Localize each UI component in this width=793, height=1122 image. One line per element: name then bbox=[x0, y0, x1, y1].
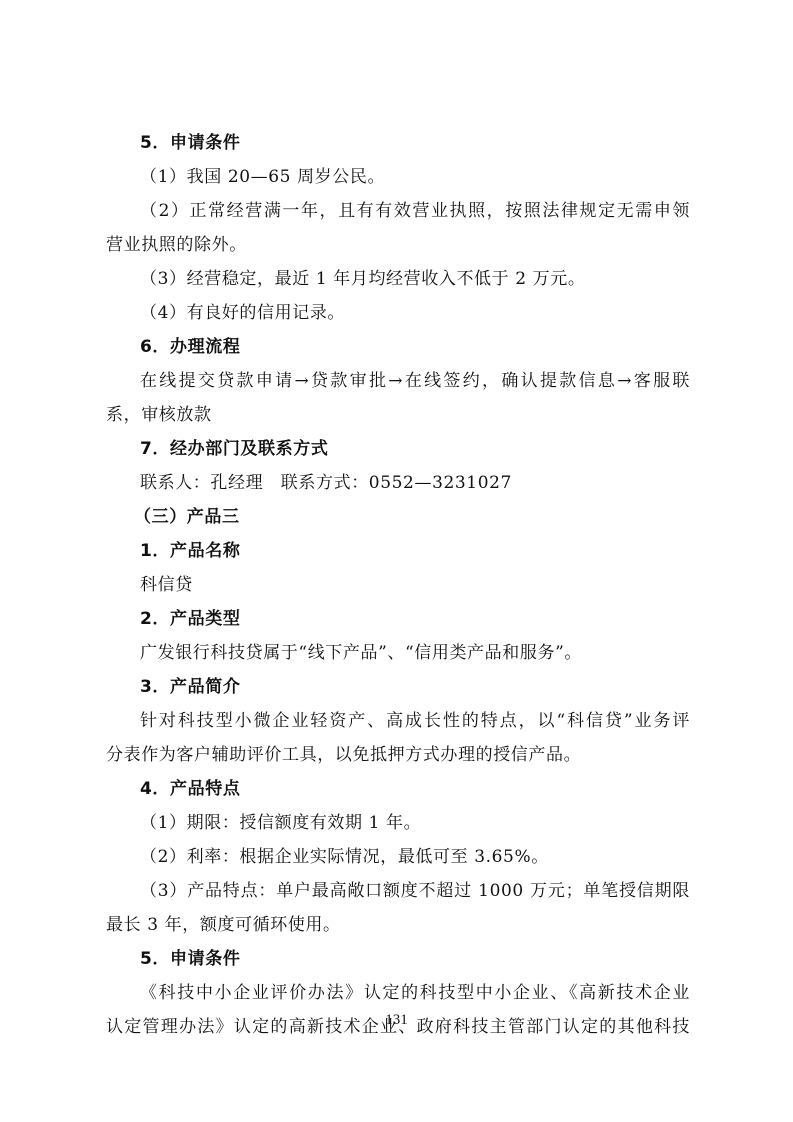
feature-item-3: （3）产品特点：单户最高敞口额度不超过 1000 万元；单笔授信期限 bbox=[106, 874, 690, 908]
contact-text: 联系人：孔经理 联系方式：0552—3231027 bbox=[106, 466, 690, 500]
feature-item-3-cont: 最长 3 年，额度可循环使用。 bbox=[106, 908, 690, 942]
document-page: 5．申请条件 （1）我国 20—65 周岁公民。 （2）正常经营满一年，且有有效… bbox=[106, 126, 690, 1044]
product-intro-text: 针对科技型小微企业轻资产、高成长性的特点，以“科信贷”业务评 bbox=[106, 704, 690, 738]
process-text-cont: 系，审核放款 bbox=[106, 398, 690, 432]
heading-contact: 7．经办部门及联系方式 bbox=[106, 432, 690, 466]
product-name-text: 科信贷 bbox=[106, 568, 690, 602]
heading-product-features: 4．产品特点 bbox=[106, 772, 690, 806]
condition-item-4: （4）有良好的信用记录。 bbox=[106, 296, 690, 330]
feature-item-1: （1）期限：授信额度有效期 1 年。 bbox=[106, 806, 690, 840]
heading-application-conditions: 5．申请条件 bbox=[106, 126, 690, 160]
page-number: 131 bbox=[0, 1012, 793, 1029]
condition-item-3: （3）经营稳定，最近 1 年月均经营收入不低于 2 万元。 bbox=[106, 262, 690, 296]
condition-item-2: （2）正常经营满一年，且有有效营业执照，按照法律规定无需申领 bbox=[106, 194, 690, 228]
heading-process: 6．办理流程 bbox=[106, 330, 690, 364]
heading-product-three: （三）产品三 bbox=[106, 500, 690, 534]
product-type-text: 广发银行科技贷属于“线下产品”、“信用类产品和服务”。 bbox=[106, 636, 690, 670]
process-text: 在线提交贷款申请→贷款审批→在线签约，确认提款信息→客服联 bbox=[106, 364, 690, 398]
heading-product-intro: 3．产品简介 bbox=[106, 670, 690, 704]
feature-item-2: （2）利率：根据企业实际情况，最低可至 3.65%。 bbox=[106, 840, 690, 874]
conditions-text: 《科技中小企业评价办法》认定的科技型中小企业、《高新技术企业 bbox=[106, 976, 690, 1010]
heading-application-conditions-2: 5．申请条件 bbox=[106, 942, 690, 976]
heading-product-type: 2．产品类型 bbox=[106, 602, 690, 636]
condition-item-1: （1）我国 20—65 周岁公民。 bbox=[106, 160, 690, 194]
heading-product-name: 1．产品名称 bbox=[106, 534, 690, 568]
condition-item-2-cont: 营业执照的除外。 bbox=[106, 228, 690, 262]
product-intro-text-cont: 分表作为客户辅助评价工具，以免抵押方式办理的授信产品。 bbox=[106, 738, 690, 772]
